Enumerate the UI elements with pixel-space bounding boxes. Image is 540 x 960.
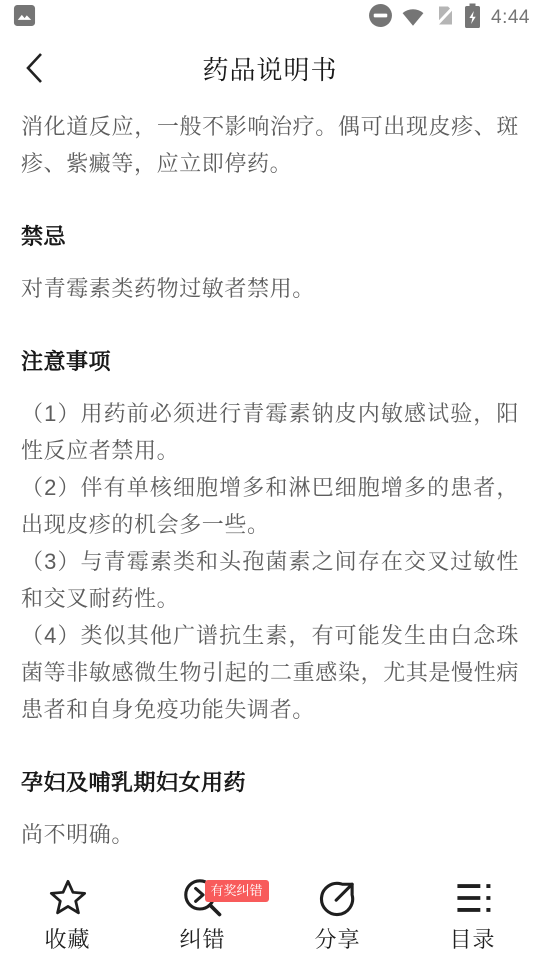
status-bar-right: 4:44 [368, 2, 530, 34]
nav-item-toc[interactable]: 目录 [405, 860, 540, 960]
battery-charging-icon [464, 2, 481, 34]
reward-badge: 有奖纠错 [205, 880, 269, 902]
nav-item-share[interactable]: 分享 [270, 860, 405, 960]
table-of-contents-icon [450, 875, 496, 921]
section-heading-precautions: 注意事项 [21, 347, 519, 377]
wifi-icon [400, 3, 426, 33]
paragraph-adverse-reactions: 消化道反应，一般不影响治疗。偶可出现皮疹、斑疹、紫癜等，应立即停药。 [21, 108, 519, 182]
paragraph-precaution-4: （4）类似其他广谱抗生素，有可能发生由白念珠菌等非敏感微生物引起的二重感染，尤其… [21, 617, 519, 728]
status-time: 4:44 [491, 7, 530, 29]
bottom-nav: 收藏 有奖纠错 纠错 分享 [0, 860, 540, 960]
nav-label-toc: 目录 [449, 923, 495, 954]
nav-item-favorite[interactable]: 收藏 [0, 860, 135, 960]
paragraph-precaution-3: （3）与青霉素类和头孢菌素之间存在交叉过敏性和交叉耐药性。 [21, 543, 519, 617]
paragraph-precaution-1: （1）用药前必须进行青霉素钠皮内敏感试验，阳性反应者禁用。 [21, 395, 519, 469]
section-heading-contraindications: 禁忌 [21, 222, 519, 252]
section-heading-pregnancy: 孕妇及哺乳期妇女用药 [21, 768, 519, 798]
no-sim-icon [433, 3, 457, 33]
star-icon [45, 875, 91, 921]
page-title: 药品说明书 [0, 50, 540, 87]
paragraph-precaution-2: （2）伴有单核细胞增多和淋巴细胞增多的患者，出现皮疹的机会多一些。 [21, 469, 519, 543]
do-not-disturb-icon [368, 3, 393, 33]
share-icon [315, 875, 361, 921]
back-button[interactable] [14, 44, 56, 92]
paragraph-contraindications: 对青霉素类药物过敏者禁用。 [21, 270, 519, 307]
nav-label-share: 分享 [314, 923, 360, 954]
nav-item-error-correction[interactable]: 有奖纠错 纠错 [135, 860, 270, 960]
nav-label-error-correction: 纠错 [179, 923, 225, 954]
image-notification-icon [13, 4, 36, 32]
status-bar: 4:44 [0, 0, 540, 36]
status-bar-left [13, 4, 36, 32]
paragraph-pregnancy: 尚不明确。 [21, 816, 519, 853]
header: 药品说明书 [0, 36, 540, 100]
back-chevron-icon [20, 74, 50, 89]
nav-label-favorite: 收藏 [44, 923, 90, 954]
content-scroll-area[interactable]: 消化道反应，一般不影响治疗。偶可出现皮疹、斑疹、紫癜等，应立即停药。 禁忌 对青… [0, 100, 540, 858]
drug-instructions-screen: 4:44 药品说明书 消化道反应，一般不影响治疗。偶可出现皮疹、斑疹、紫癜等，应… [0, 0, 540, 960]
